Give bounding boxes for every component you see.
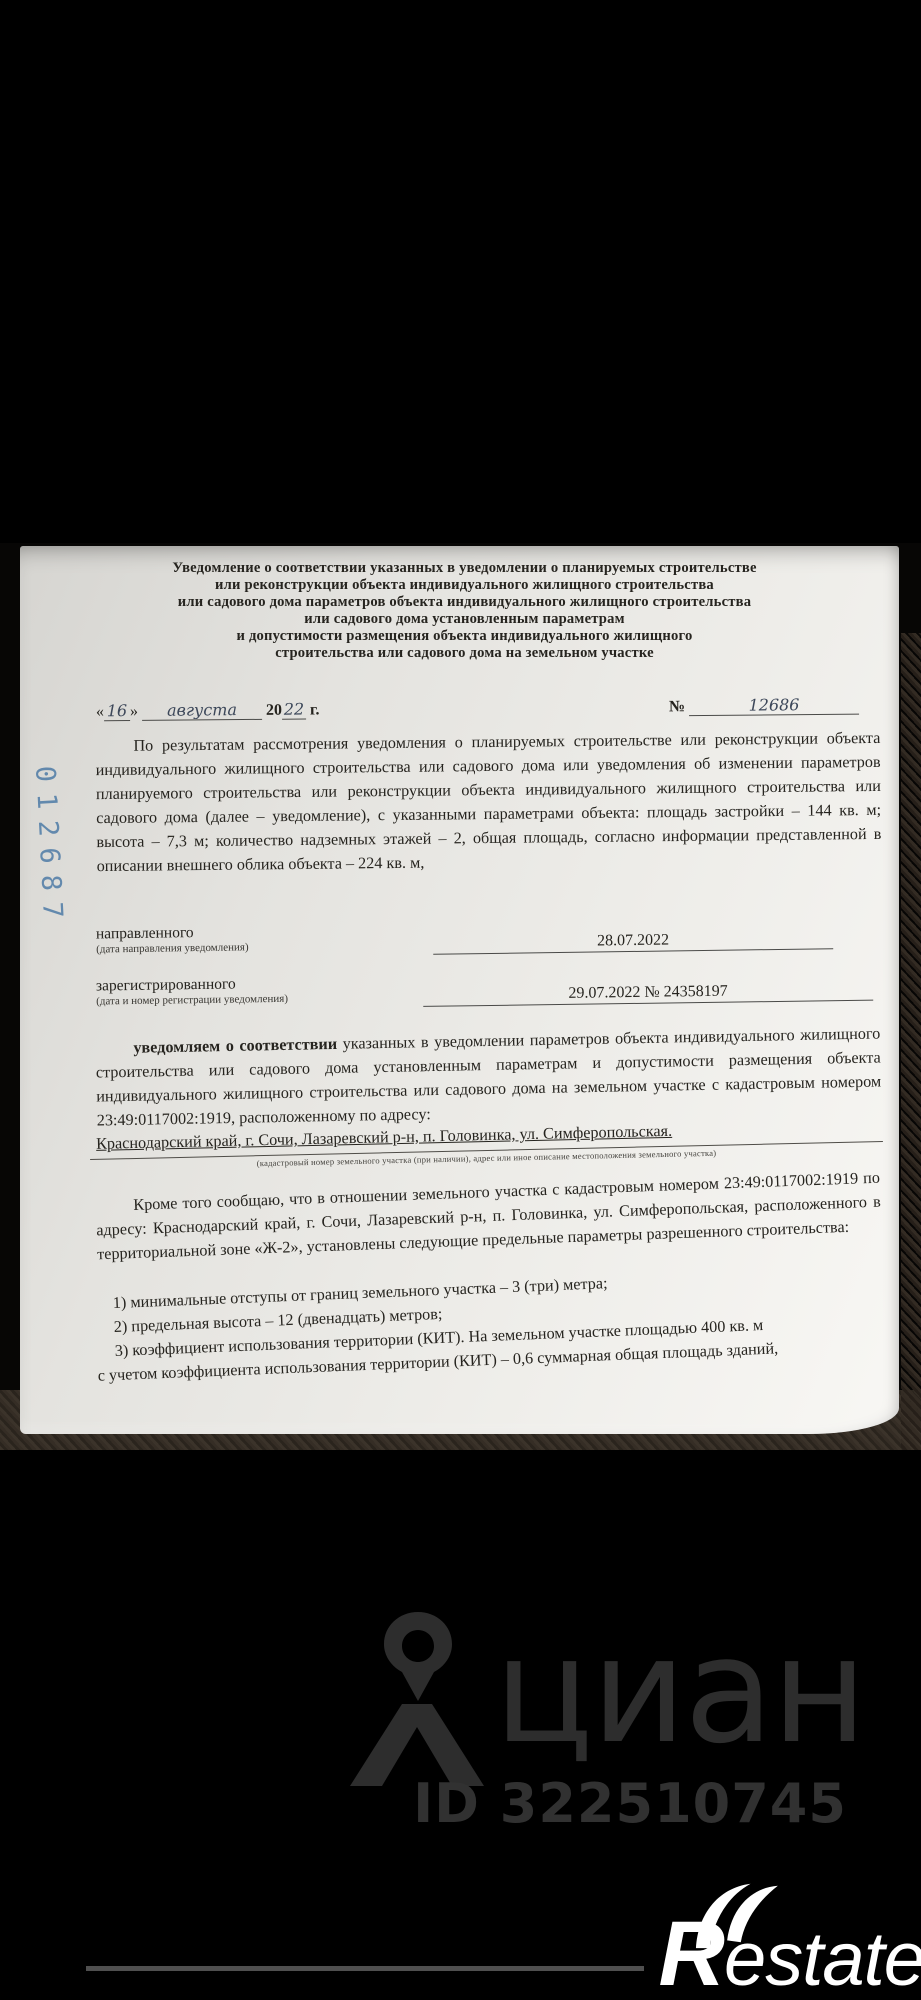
document-paper: Уведомление о соответствии указанных в у…	[20, 546, 899, 1434]
doc-title-line: или садового дома параметров объекта инд…	[60, 594, 869, 611]
document-content: Уведомление о соответствии указанных в у…	[20, 546, 899, 1434]
quote-open: «	[96, 703, 104, 720]
document-photo: Уведомление о соответствии указанных в у…	[0, 543, 921, 1450]
document-number: № 12686	[669, 695, 859, 717]
handwritten-day: 16	[104, 701, 130, 721]
year-printed: 20	[266, 702, 282, 719]
paragraph-notice: уведомляем о соответствии указанных в ув…	[95, 1021, 882, 1132]
paragraph-additional: Кроме того сообщаю, что в отношении земе…	[95, 1166, 882, 1267]
number-label: №	[669, 698, 685, 715]
handwritten-month: августа	[142, 700, 262, 721]
cian-listing-id: ID 322510745	[320, 1772, 921, 1835]
parameters-list: 1) минимальные отступы от границ земельн…	[94, 1260, 882, 1387]
document-date: «16» августа 2022 г.	[96, 699, 320, 721]
cian-logo-text: циан	[494, 1618, 865, 1764]
registered-field: зарегистрированного (дата и номер регист…	[96, 967, 881, 1008]
notice-bold-text: уведомляем о соответствии	[133, 1035, 337, 1057]
handwritten-year: 22	[282, 699, 306, 719]
sent-field: направленного (дата направления уведомле…	[96, 915, 881, 956]
doc-title-line: или садового дома установленным параметр…	[60, 611, 869, 628]
document-title: Уведомление о соответствии указанных в у…	[60, 560, 869, 662]
doc-title-line: или реконструкции объекта индивидуальног…	[60, 577, 869, 594]
year-suffix: г.	[310, 701, 320, 718]
restate-swoosh-icon	[673, 1876, 793, 1954]
date-and-number-row: «16» августа 2022 г. № 12686	[96, 695, 859, 722]
doc-title-line: Уведомление о соответствии указанных в у…	[60, 560, 869, 577]
handwritten-number: 12686	[689, 695, 859, 716]
doc-title-line: строительства или садового дома на земел…	[60, 645, 869, 662]
cian-pin-icon	[340, 1608, 490, 1788]
screenshot-root: Уведомление о соответствии указанных в у…	[0, 0, 921, 2000]
quote-close: »	[130, 703, 138, 720]
restate-logo: Restate	[659, 1908, 921, 2000]
restate-divider-line	[86, 1966, 644, 1971]
paragraph-results: По результатам рассмотрения уведомления …	[95, 726, 881, 878]
carpet-edge	[901, 633, 921, 1450]
sent-value: 28.07.2022	[433, 929, 833, 955]
doc-title-line: и допустимости размещения объекта индиви…	[60, 628, 869, 645]
